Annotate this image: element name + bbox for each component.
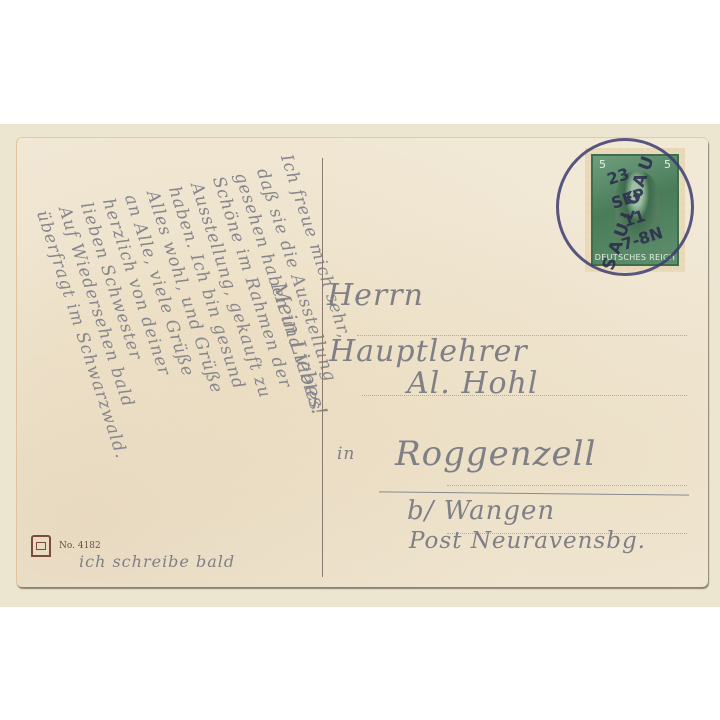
address-prefix: in	[337, 444, 355, 464]
publisher-logo-icon	[31, 535, 51, 557]
message-area: Ich freue mich sehr, daß sie die Ausstel…	[27, 144, 317, 584]
publisher-number: No. 4182	[59, 541, 101, 551]
address-salutation: Herrn	[327, 278, 424, 313]
address-line-rule	[447, 485, 687, 486]
card-divider	[322, 158, 323, 577]
address-town: Roggenzell	[395, 434, 596, 474]
postcard: Ich freue mich sehr, daß sie die Ausstel…	[16, 137, 708, 587]
postmark: SAULGAU 23 SEP 11 7-8N	[556, 138, 694, 276]
address-district: b/ Wangen	[407, 496, 555, 526]
publisher-mark: No. 4182	[31, 535, 101, 557]
message-footer-note: ich schreibe bald	[79, 552, 235, 571]
address-name: Al. Hohl	[407, 366, 538, 401]
town-underline	[379, 491, 689, 495]
address-title: Hauptlehrer	[329, 334, 528, 369]
address-post-office: Post Neuravensbg.	[409, 528, 646, 554]
